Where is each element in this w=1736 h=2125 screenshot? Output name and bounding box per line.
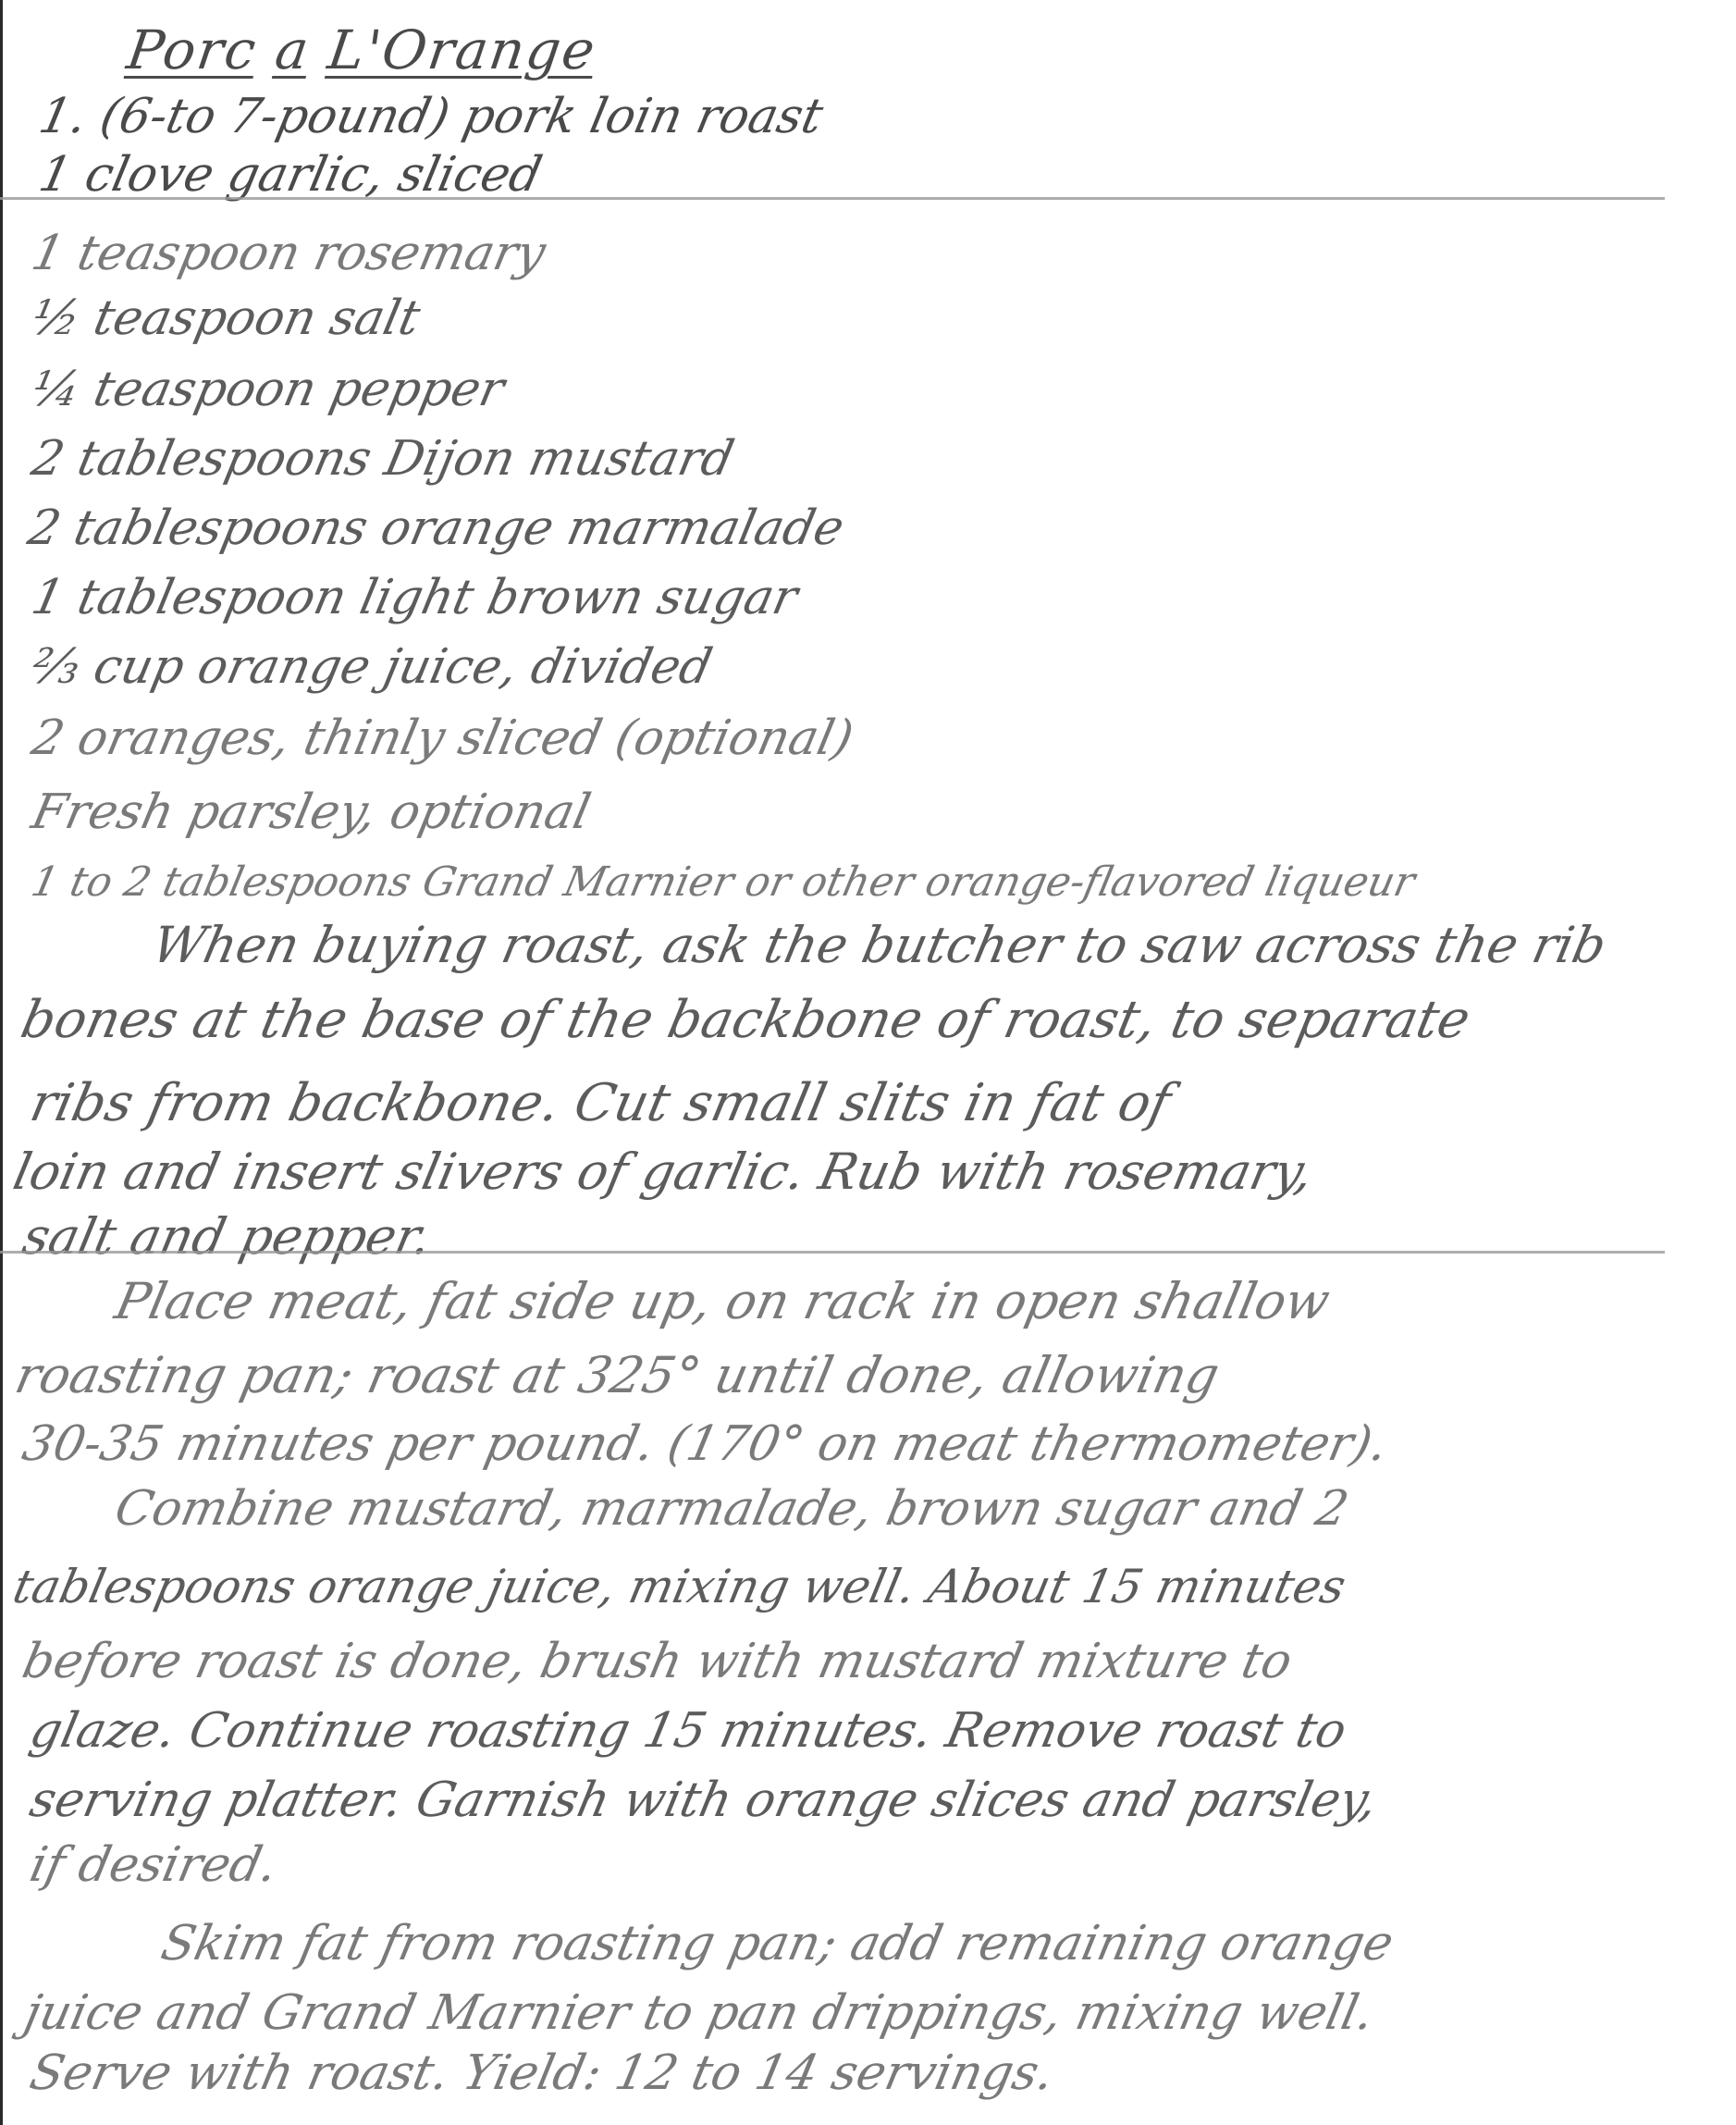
- ingredient-item: ⅔ cup orange juice, divided: [28, 643, 716, 691]
- instruction-line: serving platter. Garnish with orange sli…: [26, 1776, 1382, 1824]
- recipe-title-word-2: a: [271, 19, 314, 81]
- divider-line: [0, 197, 1665, 200]
- instruction-line: before roast is done, brush with mustard…: [18, 1637, 1296, 1686]
- ingredient-item: 2 tablespoons orange marmalade: [24, 504, 848, 552]
- ingredient-item: 2 oranges, thinly sliced (optional): [28, 714, 857, 762]
- ingredient-item: 1. (6-to 7-pound) pork loin roast: [35, 93, 827, 141]
- instruction-line: ribs from backbone. Cut small slits in f…: [26, 1078, 1175, 1130]
- instruction-line: bones at the base of the backbone of roa…: [17, 995, 1474, 1046]
- ingredient-item: ¼ teaspoon pepper: [28, 365, 509, 414]
- ingredient-item: 1 tablespoon light brown sugar: [28, 574, 802, 622]
- instruction-line: juice and Grand Marnier to pan drippings…: [20, 1989, 1378, 2037]
- instruction-line: Serve with roast. Yield: 12 to 14 servin…: [26, 2049, 1058, 2097]
- instruction-line: 30-35 minutes per pound. (170° on meat t…: [18, 1420, 1392, 1468]
- recipe-title: Porc a L'Orange: [123, 19, 600, 81]
- ingredient-item: 2 tablespoons Dijon mustard: [28, 435, 738, 483]
- instruction-line: if desired.: [26, 1841, 281, 1889]
- recipe-title-word-3: L'Orange: [325, 19, 601, 81]
- ingredient-item: Fresh parsley, optional: [28, 788, 595, 836]
- instruction-line: tablespoons orange juice, mixing well. A…: [9, 1563, 1349, 1610]
- recipe-title-word-1: Porc: [123, 19, 261, 81]
- ingredient-item: ½ teaspoon salt: [28, 294, 424, 342]
- divider-line: [0, 1251, 1665, 1254]
- recipe-page: Porc a L'Orange 1. (6-to 7-pound) pork l…: [0, 0, 1736, 2125]
- instruction-line: loin and insert slivers of garlic. Rub w…: [9, 1147, 1317, 1197]
- instruction-line: roasting pan; roast at 325° until done, …: [11, 1351, 1224, 1401]
- ingredient-item: 1 to 2 tablespoons Grand Marnier or othe…: [28, 862, 1418, 903]
- ingredient-item: 1 teaspoon rosemary: [28, 229, 549, 278]
- instruction-line: glaze. Continue roasting 15 minutes. Rem…: [26, 1707, 1350, 1755]
- ingredient-item: 1 clove garlic, sliced: [35, 151, 546, 199]
- instruction-line: Place meat, fat side up, on rack in open…: [111, 1277, 1334, 1327]
- instruction-line: Combine mustard, marmalade, brown sugar …: [111, 1485, 1352, 1533]
- instruction-line: salt and pepper.: [18, 1212, 436, 1262]
- instruction-line: When buying roast, ask the butcher to sa…: [148, 920, 1610, 970]
- instruction-line: Skim fat from roasting pan; add remainin…: [157, 1920, 1397, 1968]
